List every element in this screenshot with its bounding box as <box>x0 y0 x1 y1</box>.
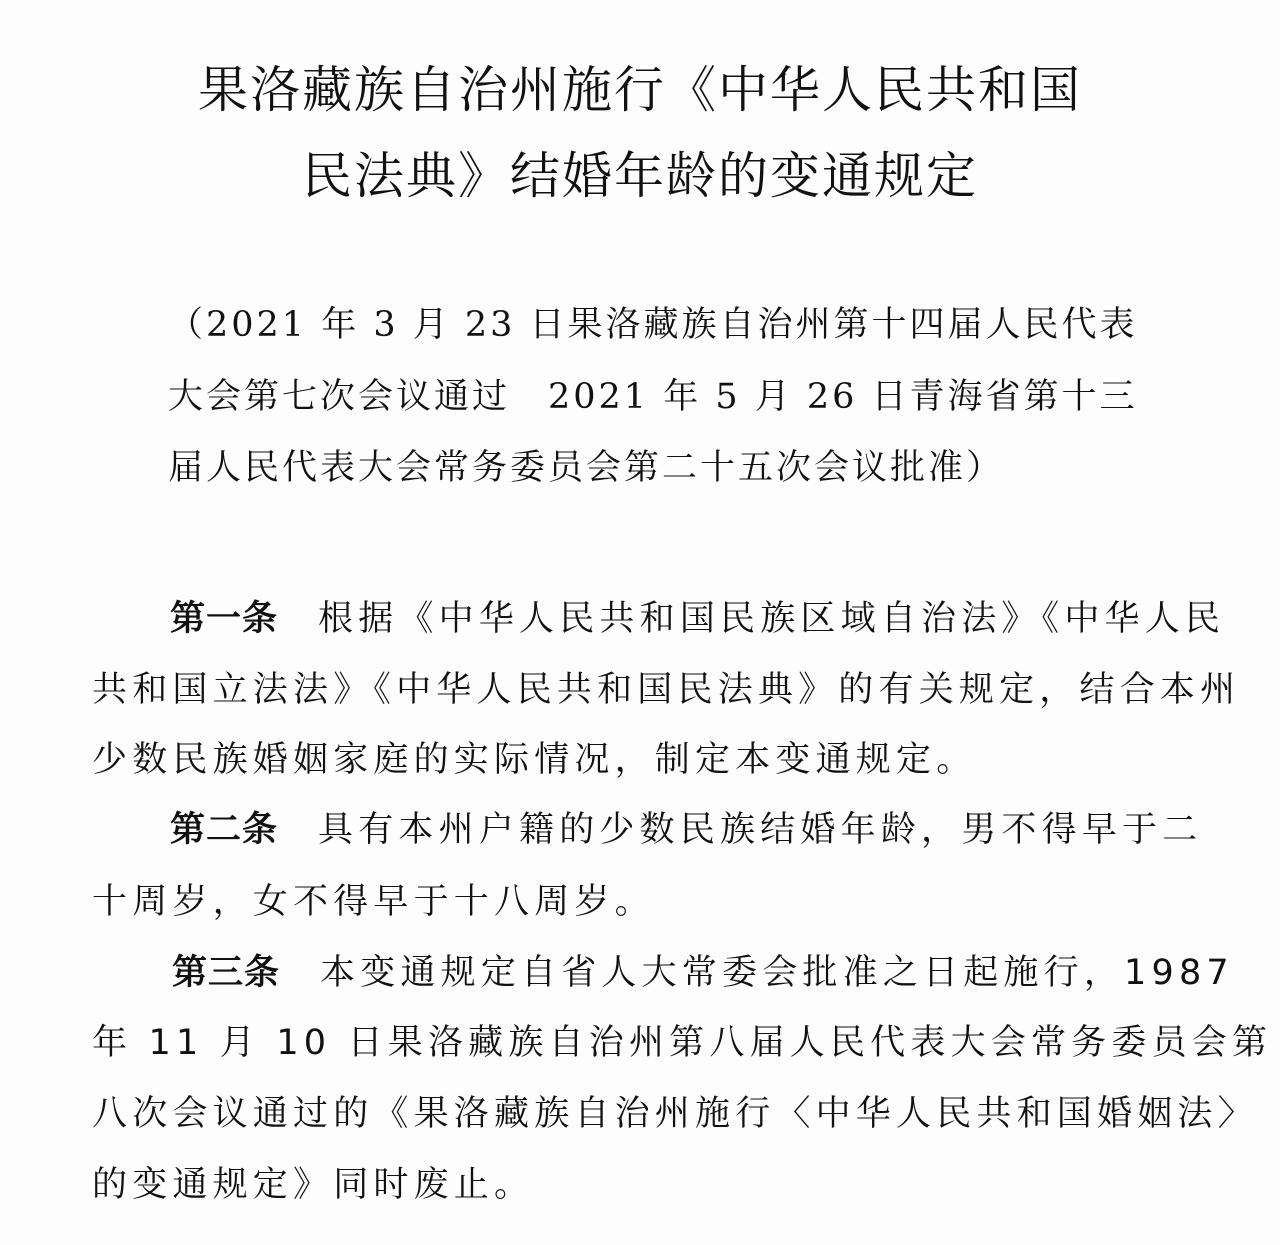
article-1-line-2: 共和国立法法》《中华人民共和国民法典》的有关规定，结合本州 <box>92 668 1240 712</box>
article-3-line-3: 八次会议通过的《果洛藏族自治州施行〈中华人民共和国婚姻法〉 <box>92 1092 1258 1136</box>
article-3-label: 第三条 <box>172 953 280 993</box>
article-1-text: 根据《中华人民共和国民族区域自治法》《中华人民 <box>318 599 1225 639</box>
article-2-first-line: 第二条具有本州户籍的少数民族结婚年龄，男不得早于二 <box>170 808 1202 852</box>
adoption-note-line-1: （2021 年 3 月 23 日果洛藏族自治州第十四届人民代表 <box>168 303 1138 347</box>
article-1-first-line: 第一条根据《中华人民共和国民族区域自治法》《中华人民 <box>170 597 1225 641</box>
document-title-line-2: 民法典》结婚年龄的变通规定 <box>0 146 1280 206</box>
article-3-first-line: 第三条本变通规定自省人大常委会批准之日起施行，1987 <box>172 951 1234 995</box>
adoption-note-line-2: 大会第七次会议通过 2021 年 5 月 26 日青海省第十三 <box>168 375 1138 419</box>
article-1-label: 第一条 <box>170 599 278 639</box>
adoption-note-line-3: 届人民代表大会常务委员会第二十五次会议批准） <box>168 446 1004 490</box>
article-2-line-2: 十周岁，女不得早于十八周岁。 <box>92 880 655 924</box>
article-2-text: 具有本州户籍的少数民族结婚年龄，男不得早于二 <box>318 810 1202 850</box>
article-3-line-2: 年 11 月 10 日果洛藏族自治州第八届人民代表大会常务委员会第 <box>92 1021 1272 1065</box>
article-3-text: 本变通规定自省人大常委会批准之日起施行，1987 <box>320 953 1234 993</box>
document-title-line-1: 果洛藏族自治州施行《中华人民共和国 <box>0 60 1280 120</box>
article-3-line-4: 的变通规定》同时废止。 <box>92 1163 534 1207</box>
article-2-label: 第二条 <box>170 810 278 850</box>
article-1-line-3: 少数民族婚姻家庭的实际情况，制定本变通规定。 <box>92 738 976 782</box>
document-page: 果洛藏族自治州施行《中华人民共和国 民法典》结婚年龄的变通规定 （2021 年 … <box>0 0 1280 1245</box>
